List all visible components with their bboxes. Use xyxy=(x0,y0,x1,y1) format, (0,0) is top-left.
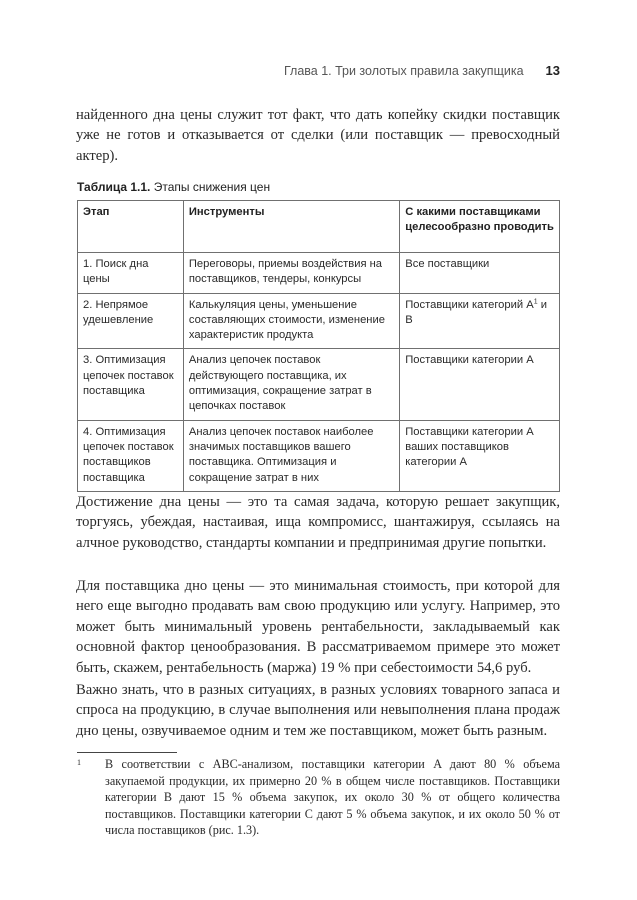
cell-suppliers: Поставщики категории A xyxy=(400,349,560,420)
header-suppliers: С какими поставщиками целесообразно пров… xyxy=(400,201,560,253)
table-caption: Таблица 1.1. Этапы снижения цен xyxy=(77,180,270,194)
cell-suppliers: Все поставщики xyxy=(400,253,560,294)
suppliers-text: Поставщики категорий A xyxy=(405,299,533,311)
footnote-text: В соответствии с ABC-анализом, поставщик… xyxy=(105,756,560,839)
footnote-divider xyxy=(77,752,177,753)
price-reduction-table: Этап Инструменты С какими поставщиками ц… xyxy=(77,200,560,492)
header-tools: Инструменты xyxy=(183,201,399,253)
cell-tools: Анализ цепочек поставок действующего пос… xyxy=(183,349,399,420)
table-row: 1. Поиск дна цены Переговоры, приемы воз… xyxy=(78,253,560,294)
footnote-mark: 1 xyxy=(77,755,81,772)
paragraph-3: Для поставщика дно цены — это минимальна… xyxy=(76,576,560,678)
table-caption-label: Таблица 1.1. xyxy=(77,180,150,194)
paragraph-4: Важно знать, что в разных ситуациях, в р… xyxy=(76,680,560,741)
chapter-title: Глава 1. Три золотых правила закупщика xyxy=(284,64,524,78)
footnote: 1 В соответствии с ABC-анализом, поставщ… xyxy=(77,756,560,839)
table-row: 2. Непрямое удешевление Калькуляция цены… xyxy=(78,293,560,349)
paragraph-1: найденного дна цены служит тот факт, что… xyxy=(76,105,560,166)
cell-stage: 3. Оптимизация цепочек поставок поставщи… xyxy=(78,349,184,420)
table-caption-text: Этапы снижения цен xyxy=(154,180,270,194)
table-row: 3. Оптимизация цепочек поставок поставщи… xyxy=(78,349,560,420)
running-head: Глава 1. Три золотых правила закупщика13 xyxy=(0,63,560,78)
cell-stage: 1. Поиск дна цены xyxy=(78,253,184,294)
cell-stage: 2. Непрямое удешевление xyxy=(78,293,184,349)
cell-suppliers: Поставщики категории A ваших поставщиков… xyxy=(400,420,560,491)
page-number: 13 xyxy=(546,63,560,78)
header-stage: Этап xyxy=(78,201,184,253)
table-header-row: Этап Инструменты С какими поставщиками ц… xyxy=(78,201,560,253)
cell-suppliers: Поставщики категорий A1 и B xyxy=(400,293,560,349)
cell-stage: 4. Оптимизация цепочек поставок поставщи… xyxy=(78,420,184,491)
cell-tools: Переговоры, приемы воздействия на постав… xyxy=(183,253,399,294)
table-row: 4. Оптимизация цепочек поставок поставщи… xyxy=(78,420,560,491)
paragraph-2: Достижение дна цены — это та самая задач… xyxy=(76,492,560,553)
cell-tools: Анализ цепочек поставок наиболее значимы… xyxy=(183,420,399,491)
cell-tools: Калькуляция цены, уменьшение составляющи… xyxy=(183,293,399,349)
